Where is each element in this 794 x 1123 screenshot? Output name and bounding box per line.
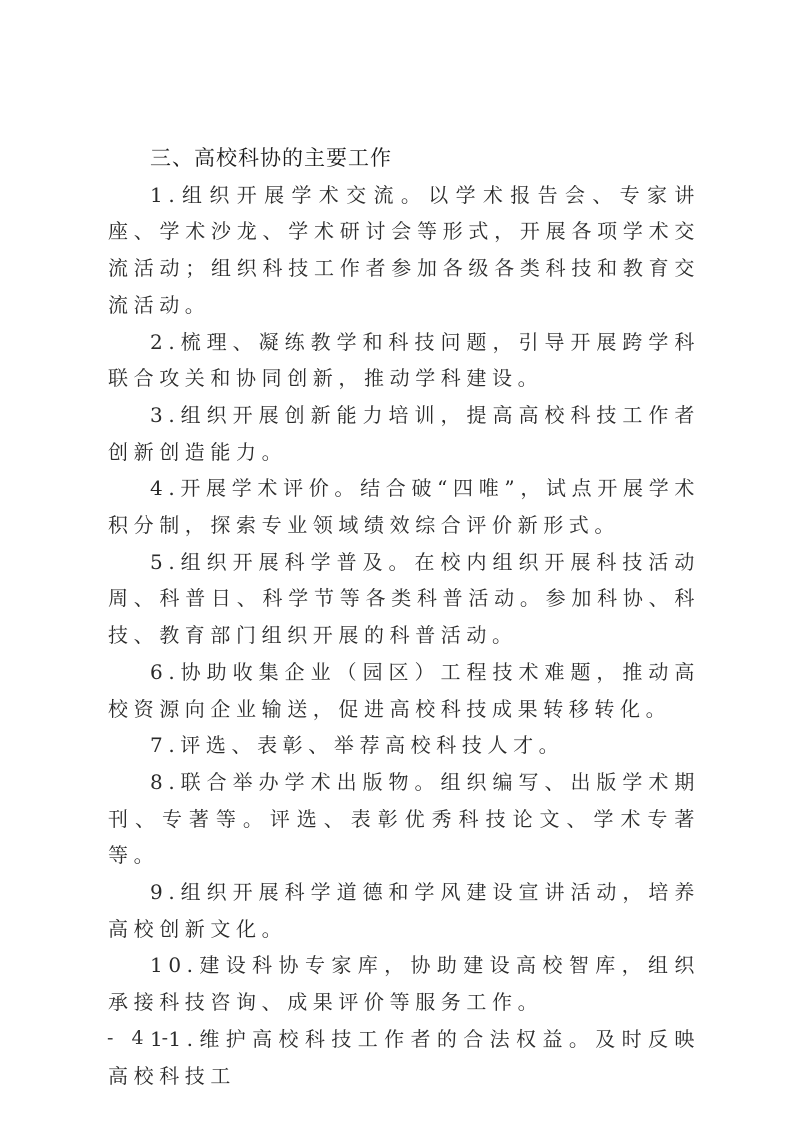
list-item-7: 7.评选、表彰、举荐高校科技人才。 xyxy=(108,727,700,764)
list-item-3: 3.组织开展创新能力培训，提高高校科技工作者创新创造能力。 xyxy=(108,397,700,470)
list-item-6: 6.协助收集企业（园区）工程技术难题，推动高校资源向企业输送，促进高校科技成果转… xyxy=(108,654,700,727)
page-number: - 4 - xyxy=(107,1027,174,1049)
list-item-8: 8.联合举办学术出版物。组织编写、出版学术期刊、专著等。评选、表彰优秀科技论文、… xyxy=(108,764,700,874)
list-item-2: 2.梳理、凝练教学和科技问题，引导开展跨学科联合攻关和协同创新，推动学科建设。 xyxy=(108,324,700,397)
list-item-1: 1.组织开展学术交流。以学术报告会、专家讲座、学术沙龙、学术研讨会等形式，开展各… xyxy=(108,177,700,324)
list-item-9: 9.组织开展科学道德和学风建设宣讲活动，培养高校创新文化。 xyxy=(108,874,700,947)
list-item-5: 5.组织开展科学普及。在校内组织开展科技活动周、科普日、科学节等各类科普活动。参… xyxy=(108,544,700,654)
list-item-4: 4.开展学术评价。结合破“四唯”，试点开展学术积分制，探索专业领域绩效综合评价新… xyxy=(108,470,700,543)
list-item-10: 10.建设科协专家库，协助建设高校智库，组织承接科技咨询、成果评价等服务工作。 xyxy=(108,947,700,1020)
list-item-11: 11.维护高校科技工作者的合法权益。及时反映高校科技工 xyxy=(108,1021,700,1094)
document-page: 三、高校科协的主要工作 1.组织开展学术交流。以学术报告会、专家讲座、学术沙龙、… xyxy=(0,0,794,1123)
document-body: 三、高校科协的主要工作 1.组织开展学术交流。以学术报告会、专家讲座、学术沙龙、… xyxy=(108,140,700,1094)
section-heading: 三、高校科协的主要工作 xyxy=(108,140,700,177)
